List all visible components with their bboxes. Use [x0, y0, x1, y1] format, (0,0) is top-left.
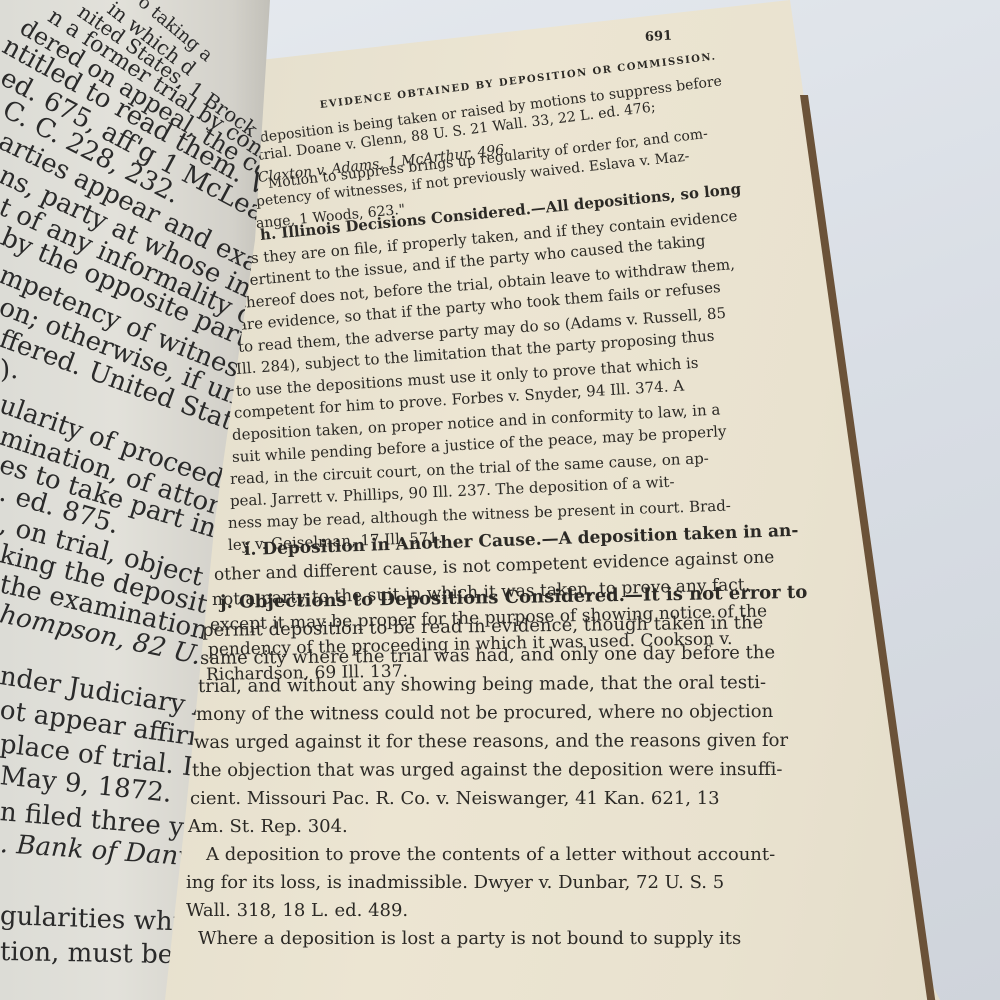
- text-line: was urged against it for these reasons, …: [194, 730, 788, 753]
- text-line: trial, and without any showing being mad…: [198, 672, 766, 697]
- text-line: the objection that was urged against the…: [192, 759, 783, 781]
- text-line: cient. Missouri Pac. R. Co. v. Neiswange…: [190, 788, 720, 809]
- text-line: mony of the witness could not be procure…: [196, 701, 773, 725]
- text-line: A deposition to prove the contents of a …: [206, 844, 775, 865]
- page-number: 691: [645, 29, 673, 45]
- text-line: Wall. 318, 18 L. ed. 489.: [186, 900, 408, 921]
- text-line: Am. St. Rep. 304.: [188, 816, 348, 837]
- text-line: Where a deposition is lost a party is no…: [198, 928, 741, 949]
- text-line: ing for its loss, is inadmissible. Dwyer…: [186, 872, 724, 893]
- text-line: ).: [0, 356, 18, 386]
